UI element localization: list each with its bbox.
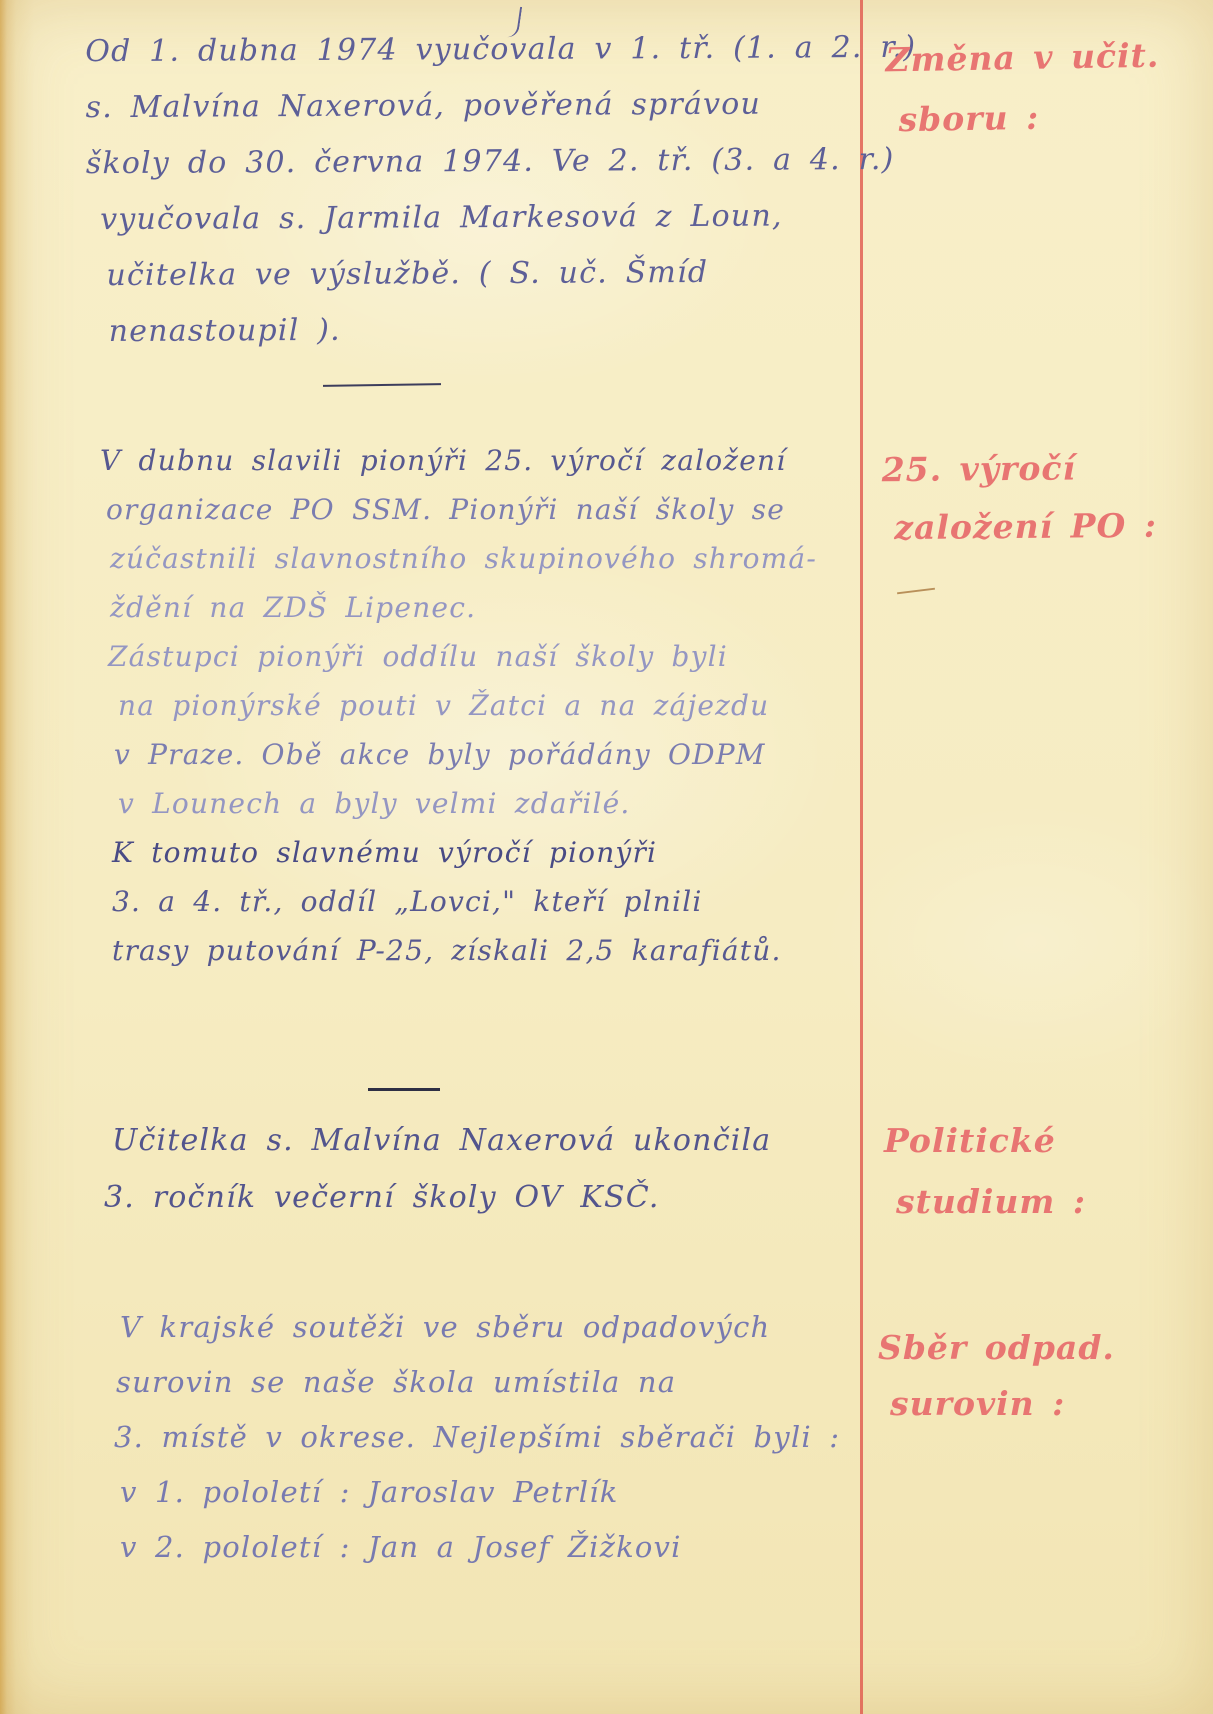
chronicle-line: 3. ročník večerní školy OV KSČ. — [104, 1169, 771, 1226]
chronicle-line: zúčastnili slavnostního skupinového shro… — [110, 534, 817, 583]
paragraph-teacher-change: Od 1. dubna 1974 vyučovala v 1. tř. (1. … — [85, 20, 918, 360]
margin-note-teacher-change: Změna v učit. sboru : — [885, 26, 1161, 151]
chronicle-line: K tomuto slavnému výročí pionýři — [112, 828, 817, 877]
margin-note-line: Změna v učit. — [885, 26, 1160, 91]
margin-note-po-anniversary: 25. výročí založení PO : — [881, 439, 1157, 557]
paragraph-pioneer-anniversary: V dubnu slavili pionýři 25. výročí založ… — [100, 436, 817, 975]
chronicle-line: školy do 30. června 1974. Ve 2. tř. (3. … — [86, 132, 917, 192]
section-divider — [368, 1088, 440, 1091]
chronicle-line: 3. a 4. tř., oddíl „Lovci," kteří plnili — [112, 877, 817, 926]
chronicle-line: surovin se naše škola umístila na — [116, 1355, 840, 1410]
chronicle-line: ždění na ZDŠ Lipenec. — [110, 583, 817, 632]
chronicle-line: v 1. pololetí : Jaroslav Petrlík — [120, 1465, 840, 1520]
chronicle-line: 3. místě v okrese. Nejlepšími sběrači by… — [114, 1410, 840, 1465]
margin-note-line: surovin : — [890, 1376, 1115, 1432]
chronicle-line: organizace PO SSM. Pionýři naší školy se — [106, 485, 817, 534]
paragraph-political-study: Učitelka s. Malvína Naxerová ukončila 3.… — [112, 1112, 771, 1226]
margin-note-line: Politické — [884, 1110, 1086, 1171]
chronicle-line: na pionýrské pouti v Žatci a na zájezdu — [118, 681, 817, 730]
chronicle-line: v Praze. Obě akce byly pořádány ODPM — [114, 730, 817, 779]
margin-note-line: 25. výročí — [881, 439, 1156, 499]
margin-note-line: studium : — [896, 1171, 1086, 1232]
chronicle-line: učitelka ve výslužbě. ( S. uč. Šmíd — [106, 244, 917, 304]
chronicle-line: V dubnu slavili pionýři 25. výročí založ… — [100, 436, 817, 485]
margin-note-political-study: Politické studium : — [884, 1110, 1086, 1232]
margin-note-line: založení PO : — [894, 497, 1157, 557]
margin-note-line: Sběr odpad. — [878, 1320, 1115, 1376]
chronicle-line: Učitelka s. Malvína Naxerová ukončila — [112, 1112, 771, 1169]
chronicle-line: Zástupci pionýři oddílu naší školy byli — [108, 632, 817, 681]
paragraph-scrap-collection: V krajské soutěži ve sběru odpadových su… — [120, 1300, 840, 1575]
margin-note-scrap-collection: Sběr odpad. surovin : — [878, 1320, 1115, 1432]
chronicle-line: v 2. pololetí : Jan a Josef Žižkovi — [120, 1520, 840, 1575]
chronicle-line: trasy putování P-25, získali 2,5 karafiá… — [112, 926, 817, 975]
chronicle-line: nenastoupil ). — [109, 300, 918, 360]
chronicle-line: V krajské soutěži ve sběru odpadových — [120, 1300, 840, 1355]
chronicle-line: vyučovala s. Jarmila Markesová z Loun, — [100, 188, 917, 248]
chronicle-line: s. Malvína Naxerová, pověřená správou — [85, 76, 916, 136]
chronicle-line: Od 1. dubna 1974 vyučovala v 1. tř. (1. … — [85, 20, 916, 80]
margin-note-line: sboru : — [898, 86, 1161, 151]
chronicle-line: v Lounech a byly velmi zdařilé. — [118, 779, 817, 828]
